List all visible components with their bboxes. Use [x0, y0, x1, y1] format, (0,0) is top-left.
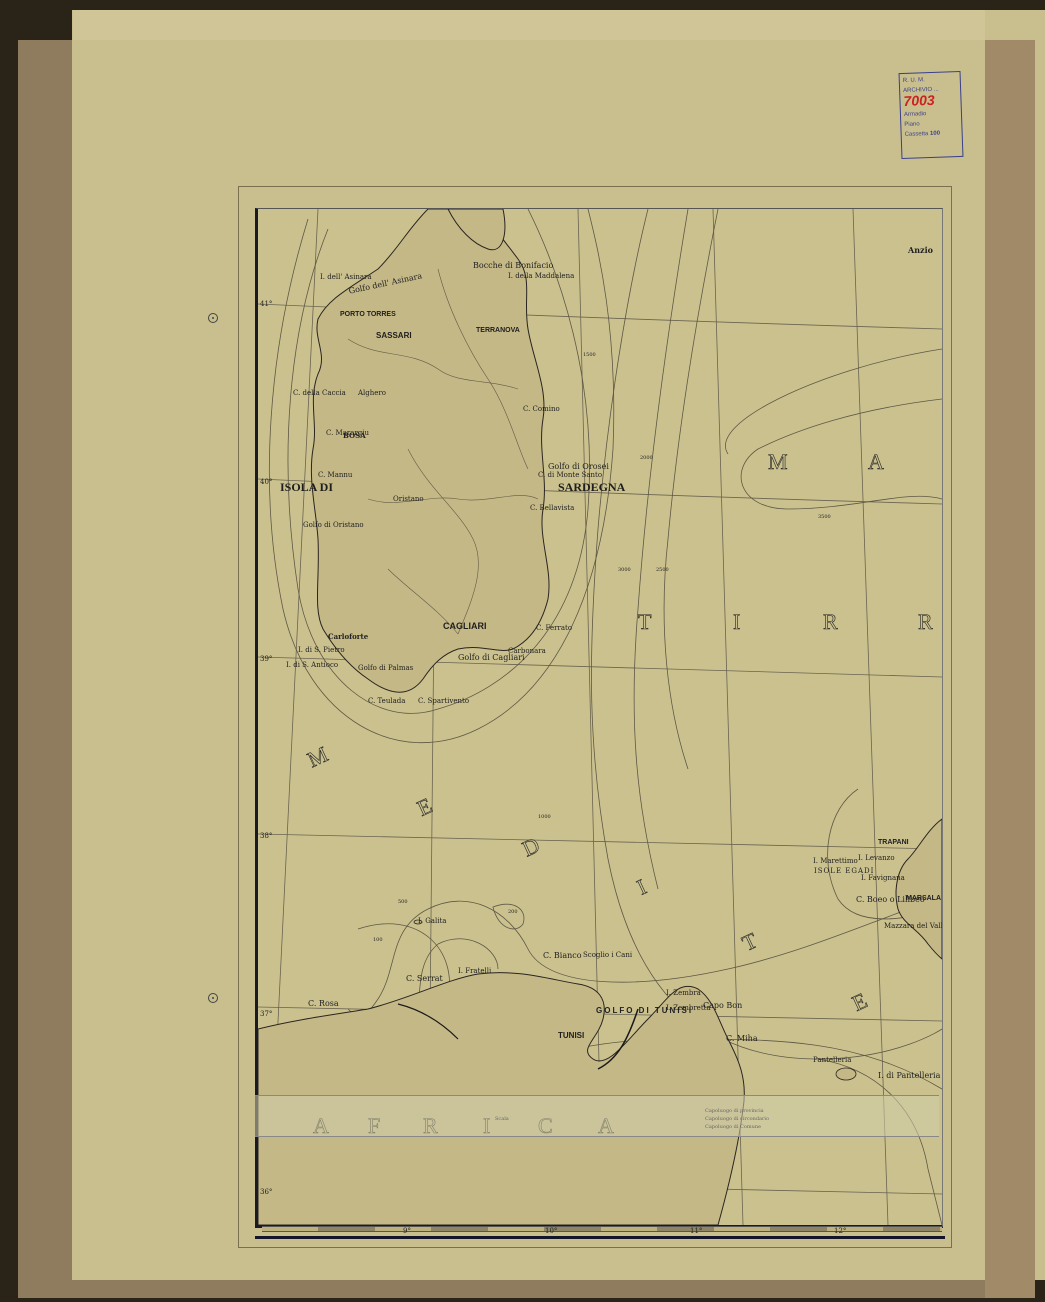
- longitude-label: 12°: [834, 1227, 846, 1235]
- place-label: I. Galita: [418, 917, 446, 925]
- legend-band: Capoluogo di provincia Capoluogo di circ…: [255, 1095, 939, 1137]
- legend-item: Capoluogo di Comune: [705, 1124, 761, 1130]
- longitude-label: 11°: [690, 1227, 702, 1235]
- latitude-label: 37°: [260, 1010, 272, 1018]
- place-label: C. Marargiu: [326, 429, 369, 437]
- depth-label: 200: [508, 909, 518, 915]
- place-label: Pantelleria: [813, 1056, 851, 1064]
- legend-item: Capoluogo di circondario: [705, 1116, 769, 1122]
- place-label: Carbonara: [508, 647, 546, 655]
- place-label: C. Boeo o Lilibeo: [856, 895, 925, 904]
- place-label: Bocche di Bonifacio: [473, 261, 553, 270]
- place-label: C. Miha: [726, 1034, 758, 1043]
- place-label: Scoglio i Cani: [583, 951, 632, 959]
- place-label: Mazzara del Vallo: [884, 922, 943, 930]
- place-label: Golfo di Orosei: [548, 462, 609, 471]
- place-label: C. della Caccia: [293, 389, 346, 397]
- place-label: I. Fratelli: [458, 967, 491, 975]
- place-label: C. Rosa: [308, 999, 339, 1008]
- place-label: I. Marettimo: [813, 857, 858, 865]
- city-label[interactable]: CAGLIARI: [443, 621, 487, 631]
- place-label: I. di S. Antioco: [286, 661, 338, 669]
- place-label: I. Levanzo: [858, 854, 895, 862]
- pin-hole-marker: [208, 993, 218, 1003]
- place-label: C. Mannu: [318, 471, 352, 479]
- top-margin: [73, 10, 985, 40]
- stamp-number: 7003: [903, 92, 935, 109]
- place-label: I. di Pantelleria: [878, 1071, 940, 1080]
- city-label[interactable]: Alghero: [358, 389, 386, 397]
- city-label[interactable]: Anzio: [908, 245, 933, 255]
- sea-letter: T: [638, 609, 652, 635]
- island-label-right: SARDEGNA: [558, 480, 625, 495]
- sea-letter: A: [868, 449, 885, 475]
- depth-label: 3000: [618, 567, 631, 573]
- place-label: C. Bianco: [543, 951, 582, 960]
- city-label[interactable]: Carloforte: [328, 632, 368, 641]
- stamp-shelf-number: 100: [930, 131, 940, 137]
- depth-label: 2000: [640, 455, 653, 461]
- sea-letter: M: [768, 449, 789, 475]
- archive-stamp: R. U. M. ARCHIVIO ... 7003 Armadio Piano…: [899, 71, 964, 159]
- city-label[interactable]: Oristano: [393, 495, 424, 503]
- stamp-line: Cassetta: [905, 131, 929, 138]
- city-label[interactable]: TERRANOVA: [476, 327, 520, 334]
- latitude-label: 39°: [260, 655, 272, 663]
- place-label: I. Zembretta: [666, 1004, 711, 1012]
- latitude-label: 36°: [260, 1188, 272, 1196]
- depth-label: 100: [373, 937, 383, 943]
- place-label: C. Serrat: [406, 974, 443, 983]
- depth-label: 2500: [656, 567, 669, 573]
- depth-label: 3500: [818, 514, 831, 520]
- place-label: I. Favignana: [861, 874, 905, 882]
- place-label: I. di S. Pietro: [298, 646, 345, 654]
- place-label: C. Spartivento: [418, 697, 469, 705]
- depth-label: 500: [398, 899, 408, 905]
- place-label: C. Ferrato: [536, 624, 572, 632]
- place-label: Golfo di Palmas: [358, 664, 413, 672]
- place-label: I. Zembra: [666, 989, 701, 997]
- legend-item: Capoluogo di provincia: [705, 1108, 764, 1114]
- place-label: C. Bellavista: [530, 504, 574, 512]
- longitude-label: 9°: [403, 1227, 411, 1235]
- place-label: I. dell' Asinara: [320, 273, 372, 281]
- bottom-border-line: [255, 1236, 945, 1239]
- latitude-label: 38°: [260, 832, 272, 840]
- depth-label: 1000: [538, 814, 551, 820]
- city-label[interactable]: SASSARI: [376, 331, 412, 340]
- latitude-label: 41°: [260, 300, 272, 308]
- legend-scale: Scala: [495, 1116, 509, 1122]
- place-label: C. Teulada: [368, 697, 405, 705]
- city-label[interactable]: TUNISI: [558, 1031, 584, 1040]
- island-label-left: ISOLA DI: [280, 480, 333, 495]
- place-label: I. della Maddalena: [508, 272, 574, 280]
- map-frame[interactable]: M A T I R R M E D I T E A F R I C A ISOL…: [255, 208, 943, 1228]
- sea-letter: I: [733, 609, 741, 635]
- longitude-label: 10°: [545, 1227, 557, 1235]
- sea-letter: R: [823, 609, 839, 635]
- depth-label: 1500: [583, 352, 596, 358]
- map-graphics: [258, 209, 942, 1225]
- sea-letter: R: [918, 609, 934, 635]
- place-label: Golfo di Oristano: [303, 521, 364, 529]
- city-label[interactable]: TRAPANI: [878, 839, 909, 846]
- city-label[interactable]: PORTO TORRES: [340, 311, 396, 318]
- right-mounting-strip: [985, 40, 1035, 1298]
- place-label: C. Comino: [523, 405, 560, 413]
- pin-hole-marker: [208, 313, 218, 323]
- latitude-label: 40°: [260, 478, 272, 486]
- place-label: C. di Monte Santo: [538, 471, 602, 479]
